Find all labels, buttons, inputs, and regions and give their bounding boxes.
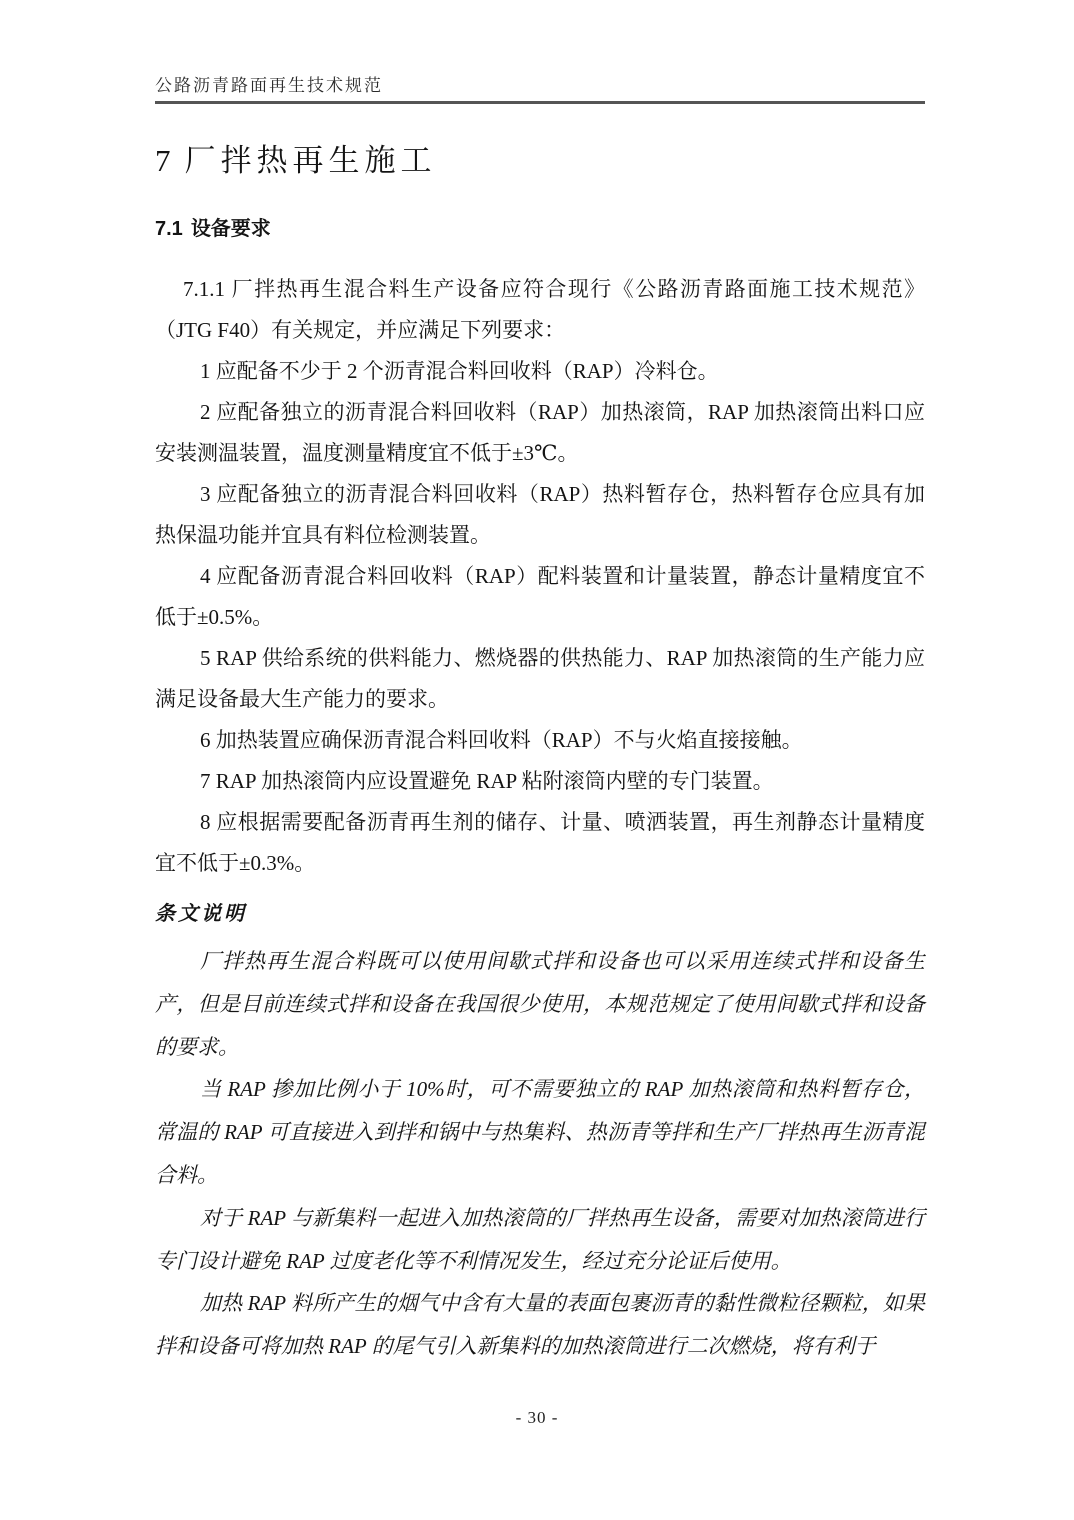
chapter-title-text: 厂拌热再生施工 <box>185 143 437 178</box>
clause-list: 7.1.1 厂拌热再生混合料生产设备应符合现行《公路沥青路面施工技术规范》（JT… <box>155 269 925 884</box>
running-header-text: 公路沥青路面再生技术规范 <box>155 75 925 97</box>
commentary-paragraph-4: 加热 RAP 料所产生的烟气中含有大量的表面包裹沥青的黏性微粒径颗粒，如果拌和设… <box>155 1282 925 1368</box>
commentary-paragraph-1: 厂拌热再生混合料既可以使用间歇式拌和设备也可以采用连续式拌和设备生产，但是目前连… <box>155 940 925 1068</box>
clause-7-1-1: 7.1.1 厂拌热再生混合料生产设备应符合现行《公路沥青路面施工技术规范》（JT… <box>155 269 925 351</box>
section-title-text: 设备要求 <box>191 218 271 240</box>
clause-item-8: 8 应根据需要配备沥青再生剂的储存、计量、喷洒装置，再生剂静态计量精度宜不低于±… <box>155 802 925 884</box>
clause-item-3: 3 应配备独立的沥青混合料回收料（RAP）热料暂存仓，热料暂存仓应具有加热保温功… <box>155 474 925 556</box>
clause-item-2: 2 应配备独立的沥青混合料回收料（RAP）加热滚筒，RAP 加热滚筒出料口应安装… <box>155 392 925 474</box>
header-rule <box>155 101 925 104</box>
commentary-body: 厂拌热再生混合料既可以使用间歇式拌和设备也可以采用连续式拌和设备生产，但是目前连… <box>155 940 925 1368</box>
clause-item-5: 5 RAP 供给系统的供料能力、燃烧器的供热能力、RAP 加热滚筒的生产能力应满… <box>155 638 925 720</box>
section-heading: 7.1设备要求 <box>155 215 925 243</box>
clause-item-4: 4 应配备沥青混合料回收料（RAP）配料装置和计量装置，静态计量精度宜不低于±0… <box>155 556 925 638</box>
chapter-number: 7 <box>155 143 171 178</box>
page-footer: - 30 - <box>0 1408 1074 1428</box>
chapter-title: 7厂拌热再生施工 <box>155 141 925 181</box>
page-number: - 30 - <box>516 1408 559 1427</box>
document-page: 公路沥青路面再生技术规范 7厂拌热再生施工 7.1设备要求 7.1.1 厂拌热再… <box>0 0 1074 1520</box>
commentary-section: 条文说明 厂拌热再生混合料既可以使用间歇式拌和设备也可以采用连续式拌和设备生产，… <box>155 900 925 1368</box>
clause-item-7: 7 RAP 加热滚筒内应设置避免 RAP 粘附滚筒内壁的专门装置。 <box>155 761 925 802</box>
commentary-paragraph-2: 当 RAP 掺加比例小于 10%时，可不需要独立的 RAP 加热滚筒和热料暂存仓… <box>155 1068 925 1196</box>
section-number: 7.1 <box>155 218 183 240</box>
commentary-paragraph-3: 对于 RAP 与新集料一起进入加热滚筒的厂拌热再生设备，需要对加热滚筒进行专门设… <box>155 1197 925 1283</box>
clause-item-6: 6 加热装置应确保沥青混合料回收料（RAP）不与火焰直接接触。 <box>155 720 925 761</box>
page-header: 公路沥青路面再生技术规范 <box>155 75 925 104</box>
commentary-heading: 条文说明 <box>155 900 925 928</box>
clause-item-1: 1 应配备不少于 2 个沥青混合料回收料（RAP）冷料仓。 <box>155 351 925 392</box>
